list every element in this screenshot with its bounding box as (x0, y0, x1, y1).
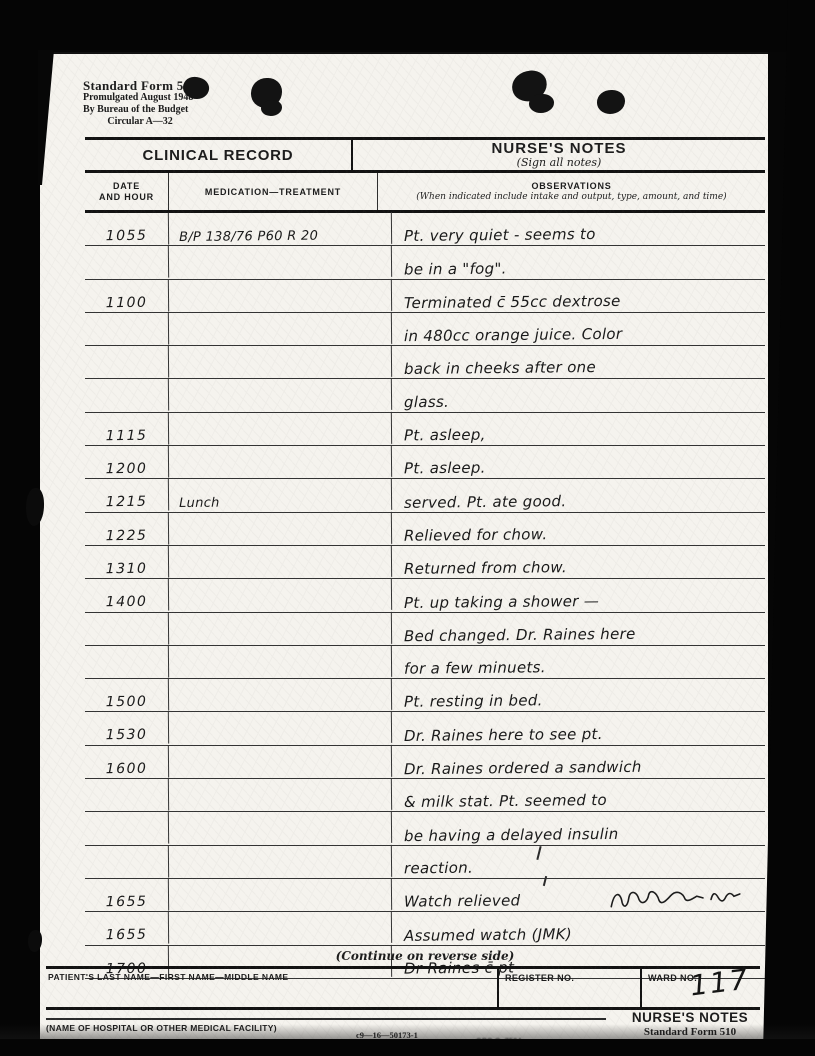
table-row: 1500Pt. resting in bed. (85, 679, 765, 712)
table-row: 1400Pt. up taking a shower — (85, 579, 765, 612)
nurses-notes-header: NURSE'S NOTES (Sign all notes) (353, 140, 765, 170)
patient-identification-band: PATIENT'S LAST NAME—FIRST NAME—MIDDLE NA… (46, 966, 760, 1010)
observation-text: Pt. asleep. (404, 459, 486, 478)
table-row: & milk stat. Pt. seemed to (85, 779, 765, 812)
scanned-document-page: Standard Form 510 Promulgated August 194… (0, 0, 815, 1056)
observations-note: (When indicated include intake and outpu… (416, 192, 726, 202)
row-time (85, 612, 169, 645)
row-time (85, 246, 169, 279)
column-header-band: DATE AND HOUR MEDICATION—TREATMENT OBSER… (85, 173, 765, 213)
row-time (85, 845, 169, 878)
row-medication (169, 445, 392, 480)
section-header-band: CLINICAL RECORD NURSE'S NOTES (Sign all … (85, 137, 765, 173)
table-row: in 480cc orange juice. Color (85, 313, 765, 346)
observation-text: Returned from chow. (404, 558, 567, 578)
row-observation: & milk stat. Pt. seemed to (392, 779, 765, 811)
continue-note: (Continue on reverse side) (85, 949, 765, 963)
observations-label: OBSERVATIONS (531, 181, 611, 192)
row-observation: Returned from chow. (392, 546, 765, 578)
row-time: 1100 (85, 279, 169, 312)
form-id-line: Circular A—32 (83, 116, 197, 128)
table-row: 1225Relieved for chow. (85, 513, 765, 546)
observation-text: be in a "fog". (404, 259, 507, 278)
row-medication (169, 811, 392, 846)
observation-text: Watch relieved (404, 892, 521, 911)
row-time: 1310 (85, 546, 169, 579)
row-medication (169, 911, 392, 946)
register-no-field: REGISTER NO. (497, 969, 640, 1007)
table-row: 1655Assumed watch (JMK) (85, 912, 765, 945)
row-medication (169, 278, 392, 313)
row-observation: in 480cc orange juice. Color (392, 313, 765, 345)
observation-text: Dr. Raines here to see pt. (404, 725, 603, 745)
observation-text: Pt. up taking a shower — (404, 592, 599, 612)
row-observation: Pt. up taking a shower — (392, 579, 765, 611)
table-row: 1200Pt. asleep. (85, 446, 765, 479)
row-medication (169, 578, 392, 613)
row-medication (169, 545, 392, 580)
row-observation: Dr. Raines here to see pt. (392, 712, 765, 744)
row-observation: Assumed watch (JMK) (392, 912, 765, 944)
clinical-record-title: CLINICAL RECORD (85, 140, 353, 170)
form-id-line: Standard Form 510 (83, 80, 197, 92)
form-identification-block: Standard Form 510 Promulgated August 194… (83, 80, 197, 128)
column-header-observations: OBSERVATIONS (When indicated include int… (378, 173, 765, 210)
row-medication (169, 711, 392, 746)
patient-name-field: PATIENT'S LAST NAME—FIRST NAME—MIDDLE NA… (46, 969, 497, 1007)
date-label-line2: AND HOUR (99, 192, 154, 203)
row-time (85, 779, 169, 812)
form-id-line: Promulgated August 1948 (83, 92, 197, 104)
row-time: 1655 (85, 912, 169, 945)
row-time: 1530 (85, 712, 169, 745)
table-row: be in a "fog". (85, 246, 765, 279)
row-observation: Pt. asleep, (392, 413, 765, 445)
scan-dust-band (0, 1024, 815, 1039)
table-row: 1600Dr. Raines ordered a sandwich (85, 746, 765, 779)
row-medication (169, 245, 392, 280)
row-observation: glass. (392, 379, 765, 411)
form-id-line: By Bureau of the Budget (83, 104, 197, 116)
table-row: glass. (85, 379, 765, 412)
row-time: 1600 (85, 745, 169, 778)
row-time (85, 312, 169, 345)
row-time: 1400 (85, 579, 169, 612)
observation-text: for a few minuets. (404, 658, 546, 677)
row-observation: Dr. Raines ordered a sandwich (392, 746, 765, 778)
observation-text: in 480cc orange juice. Color (404, 325, 622, 345)
observation-text: Assumed watch (JMK) (404, 925, 572, 945)
scan-edge-left (0, 0, 40, 1056)
row-time: 1115 (85, 412, 169, 445)
row-observation: served. Pt. ate good. (392, 479, 765, 511)
row-observation: Terminated c̄ 55cc dextrose (392, 280, 765, 312)
observation-text: served. Pt. ate good. (404, 492, 567, 512)
row-observation: Watch relieved (392, 879, 765, 911)
scan-edge-bottom (0, 1039, 815, 1056)
row-time (85, 379, 169, 412)
row-observation: Pt. asleep. (392, 446, 765, 478)
table-row: 1215Lunchserved. Pt. ate good. (85, 479, 765, 512)
row-medication (169, 745, 392, 780)
column-header-date-hour: DATE AND HOUR (85, 173, 169, 210)
row-medication (169, 778, 392, 813)
row-time (85, 812, 169, 845)
observation-text: Bed changed. Dr. Raines here (404, 625, 636, 645)
row-medication (169, 512, 392, 547)
row-medication (169, 412, 392, 447)
sign-all-notes-note: (Sign all notes) (353, 157, 765, 168)
observation-text: Pt. resting in bed. (404, 692, 543, 711)
row-observation: Pt. resting in bed. (392, 679, 765, 711)
row-medication: Lunch (169, 478, 392, 513)
table-row: 1115Pt. asleep, (85, 413, 765, 446)
scan-edge-top (0, 0, 815, 52)
row-medication (169, 312, 392, 347)
row-time: 1655 (85, 878, 169, 911)
observation-text: reaction. (404, 859, 473, 878)
row-time: 1200 (85, 446, 169, 479)
column-header-medication: MEDICATION—TREATMENT (169, 173, 378, 210)
observation-text: Relieved for chow. (404, 525, 548, 545)
row-time: 1055 (85, 213, 169, 246)
row-time: 1225 (85, 512, 169, 545)
row-medication (169, 844, 392, 879)
table-row: for a few minuets. (85, 646, 765, 679)
date-label-line1: DATE (113, 181, 140, 192)
row-observation: Relieved for chow. (392, 513, 765, 545)
row-time: 1500 (85, 679, 169, 712)
row-medication (169, 611, 392, 646)
row-medication (169, 378, 392, 413)
row-medication (169, 645, 392, 680)
row-medication: B/P 138/76 P60 R 20 (169, 212, 392, 247)
observation-text: back in cheeks after one (404, 358, 596, 378)
form-paper: Standard Form 510 Promulgated August 194… (38, 50, 768, 1042)
row-observation: be in a "fog". (392, 246, 765, 278)
nurses-notes-title: NURSE'S NOTES (353, 141, 765, 157)
table-row: be having a delayed insulin (85, 812, 765, 845)
row-medication (169, 878, 392, 913)
row-time (85, 645, 169, 678)
row-observation: back in cheeks after one (392, 346, 765, 378)
observation-text: Pt. very quiet - seems to (404, 225, 596, 245)
table-row: 1655Watch relieved (85, 879, 765, 912)
row-medication (169, 345, 392, 380)
row-observation: Pt. very quiet - seems to (392, 213, 765, 245)
row-medication (169, 678, 392, 713)
table-row: 1055B/P 138/76 P60 R 20Pt. very quiet - … (85, 213, 765, 246)
row-observation: reaction. (392, 846, 765, 878)
table-row: reaction. (85, 846, 765, 879)
observation-text: glass. (404, 393, 449, 411)
table-row: 1100Terminated c̄ 55cc dextrose (85, 280, 765, 313)
row-observation: Bed changed. Dr. Raines here (392, 613, 765, 645)
table-row: 1310Returned from chow. (85, 546, 765, 579)
row-observation: be having a delayed insulin (392, 812, 765, 844)
nurses-notes-table: CLINICAL RECORD NURSE'S NOTES (Sign all … (85, 137, 765, 979)
row-time (85, 346, 169, 379)
observation-text: Pt. asleep, (404, 426, 486, 445)
row-time: 1215 (85, 479, 169, 512)
row-observation: for a few minuets. (392, 646, 765, 678)
observation-text: be having a delayed insulin (404, 825, 619, 845)
table-row: back in cheeks after one (85, 346, 765, 379)
observation-text: Terminated c̄ 55cc dextrose (404, 292, 621, 312)
observation-text: & milk stat. Pt. seemed to (404, 791, 607, 811)
notes-table-rows: 1055B/P 138/76 P60 R 20Pt. very quiet - … (85, 213, 765, 979)
table-row: Bed changed. Dr. Raines here (85, 613, 765, 646)
observation-text: Dr. Raines ordered a sandwich (404, 758, 642, 778)
table-row: 1530Dr. Raines here to see pt. (85, 712, 765, 745)
